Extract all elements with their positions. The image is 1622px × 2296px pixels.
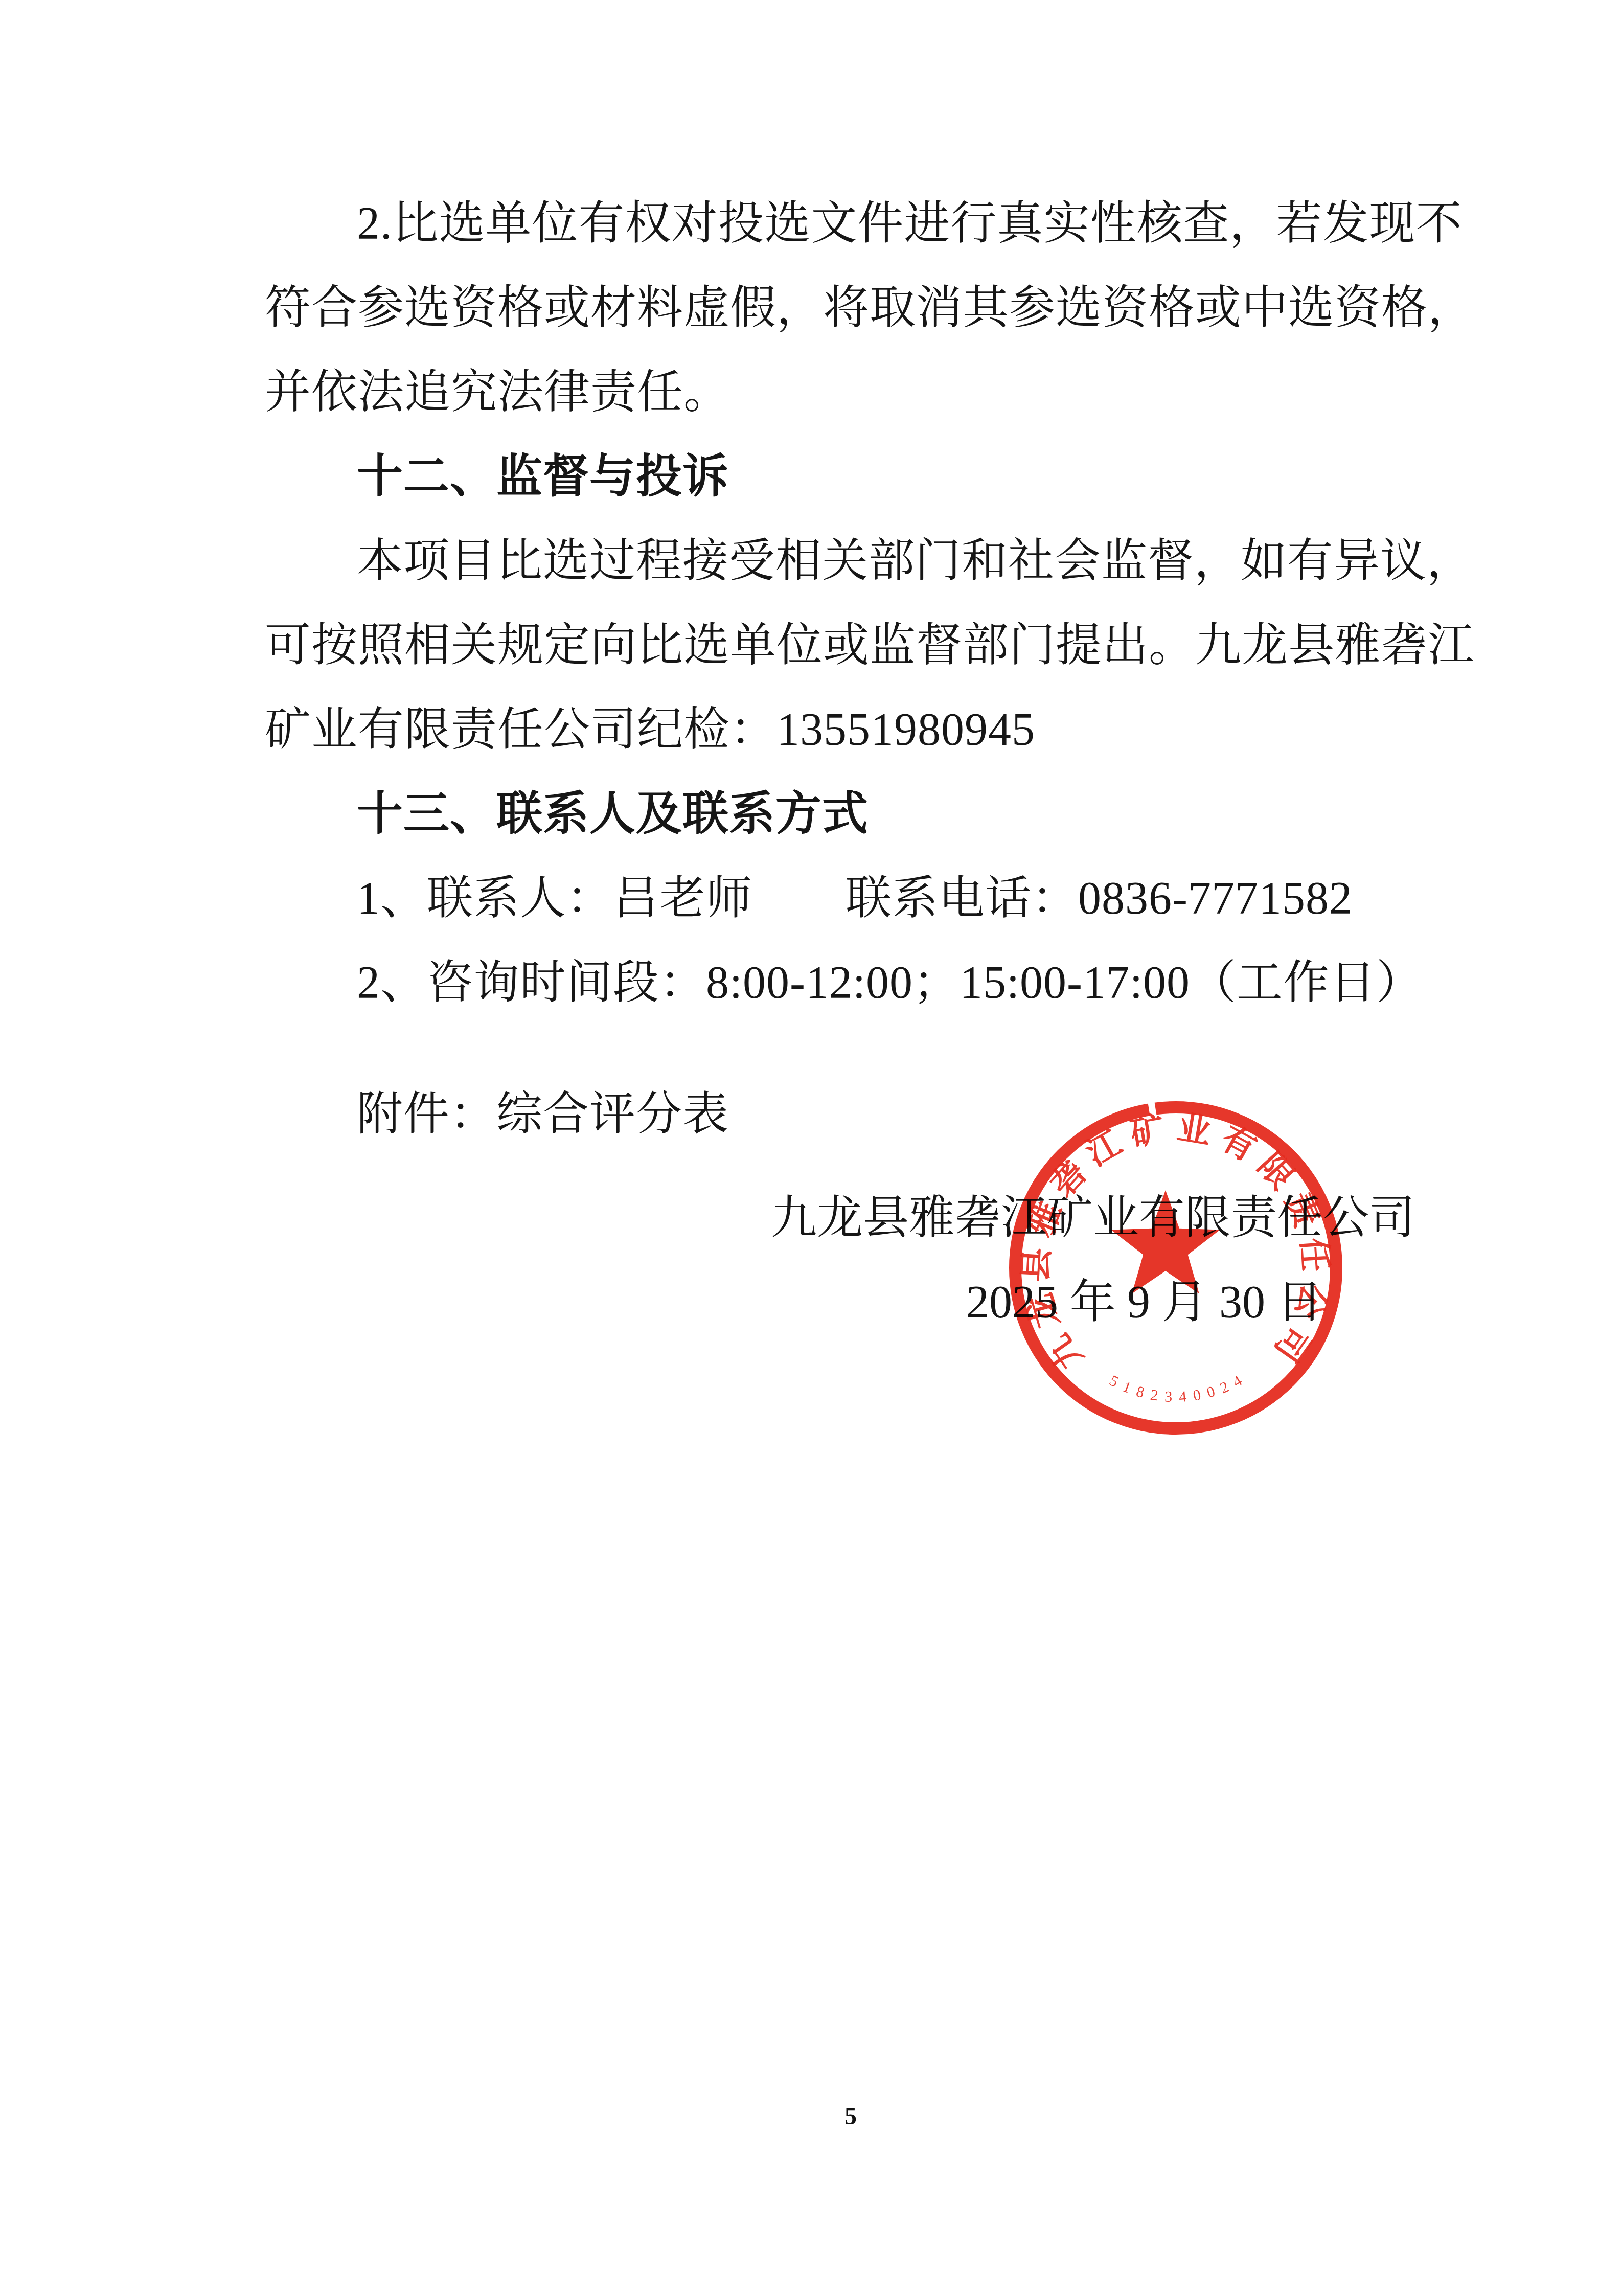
signature-company-name: 九龙县雅砻江矿业有限责任公司 — [265, 1176, 1492, 1260]
contact-person-line: 1、联系人：吕老师 联系电话：0836-7771582 — [265, 856, 1492, 941]
section-heading-12: 十二、监督与投诉 — [265, 435, 1492, 519]
paragraph-line: 本项目比选过程接受相关部门和社会监督，如有异议， — [265, 519, 1492, 603]
page-number: 5 — [844, 2102, 857, 2130]
paragraph-line: 2.比选单位有权对投选文件进行真实性核查，若发现不 — [265, 181, 1492, 266]
consult-hours-line: 2、咨询时间段：8:00-12:00；15:00-17:00（工作日） — [265, 941, 1492, 1025]
signature-date: 2025 年 9 月 30 日 — [265, 1260, 1492, 1345]
seal-serial-number: 5182340024 — [1107, 1369, 1251, 1405]
paragraph-line: 并依法追究法律责任。 — [265, 350, 1492, 435]
svg-text:5182340024: 5182340024 — [1107, 1369, 1251, 1405]
section-heading-13: 十三、联系人及联系方式 — [265, 772, 1492, 856]
paragraph-line: 符合参选资格或材料虚假，将取消其参选资格或中选资格， — [265, 266, 1492, 350]
paragraph-line: 可按照相关规定向比选单位或监督部门提出。九龙县雅砻江 — [265, 603, 1492, 688]
attachment-line: 附件：综合评分表 — [265, 1072, 1492, 1156]
document-body: 2.比选单位有权对投选文件进行真实性核查，若发现不 符合参选资格或材料虚假，将取… — [265, 181, 1492, 1345]
document-page: 2.比选单位有权对投选文件进行真实性核查，若发现不 符合参选资格或材料虚假，将取… — [0, 0, 1622, 2296]
paragraph-line: 矿业有限责任公司纪检：13551980945 — [265, 688, 1492, 772]
